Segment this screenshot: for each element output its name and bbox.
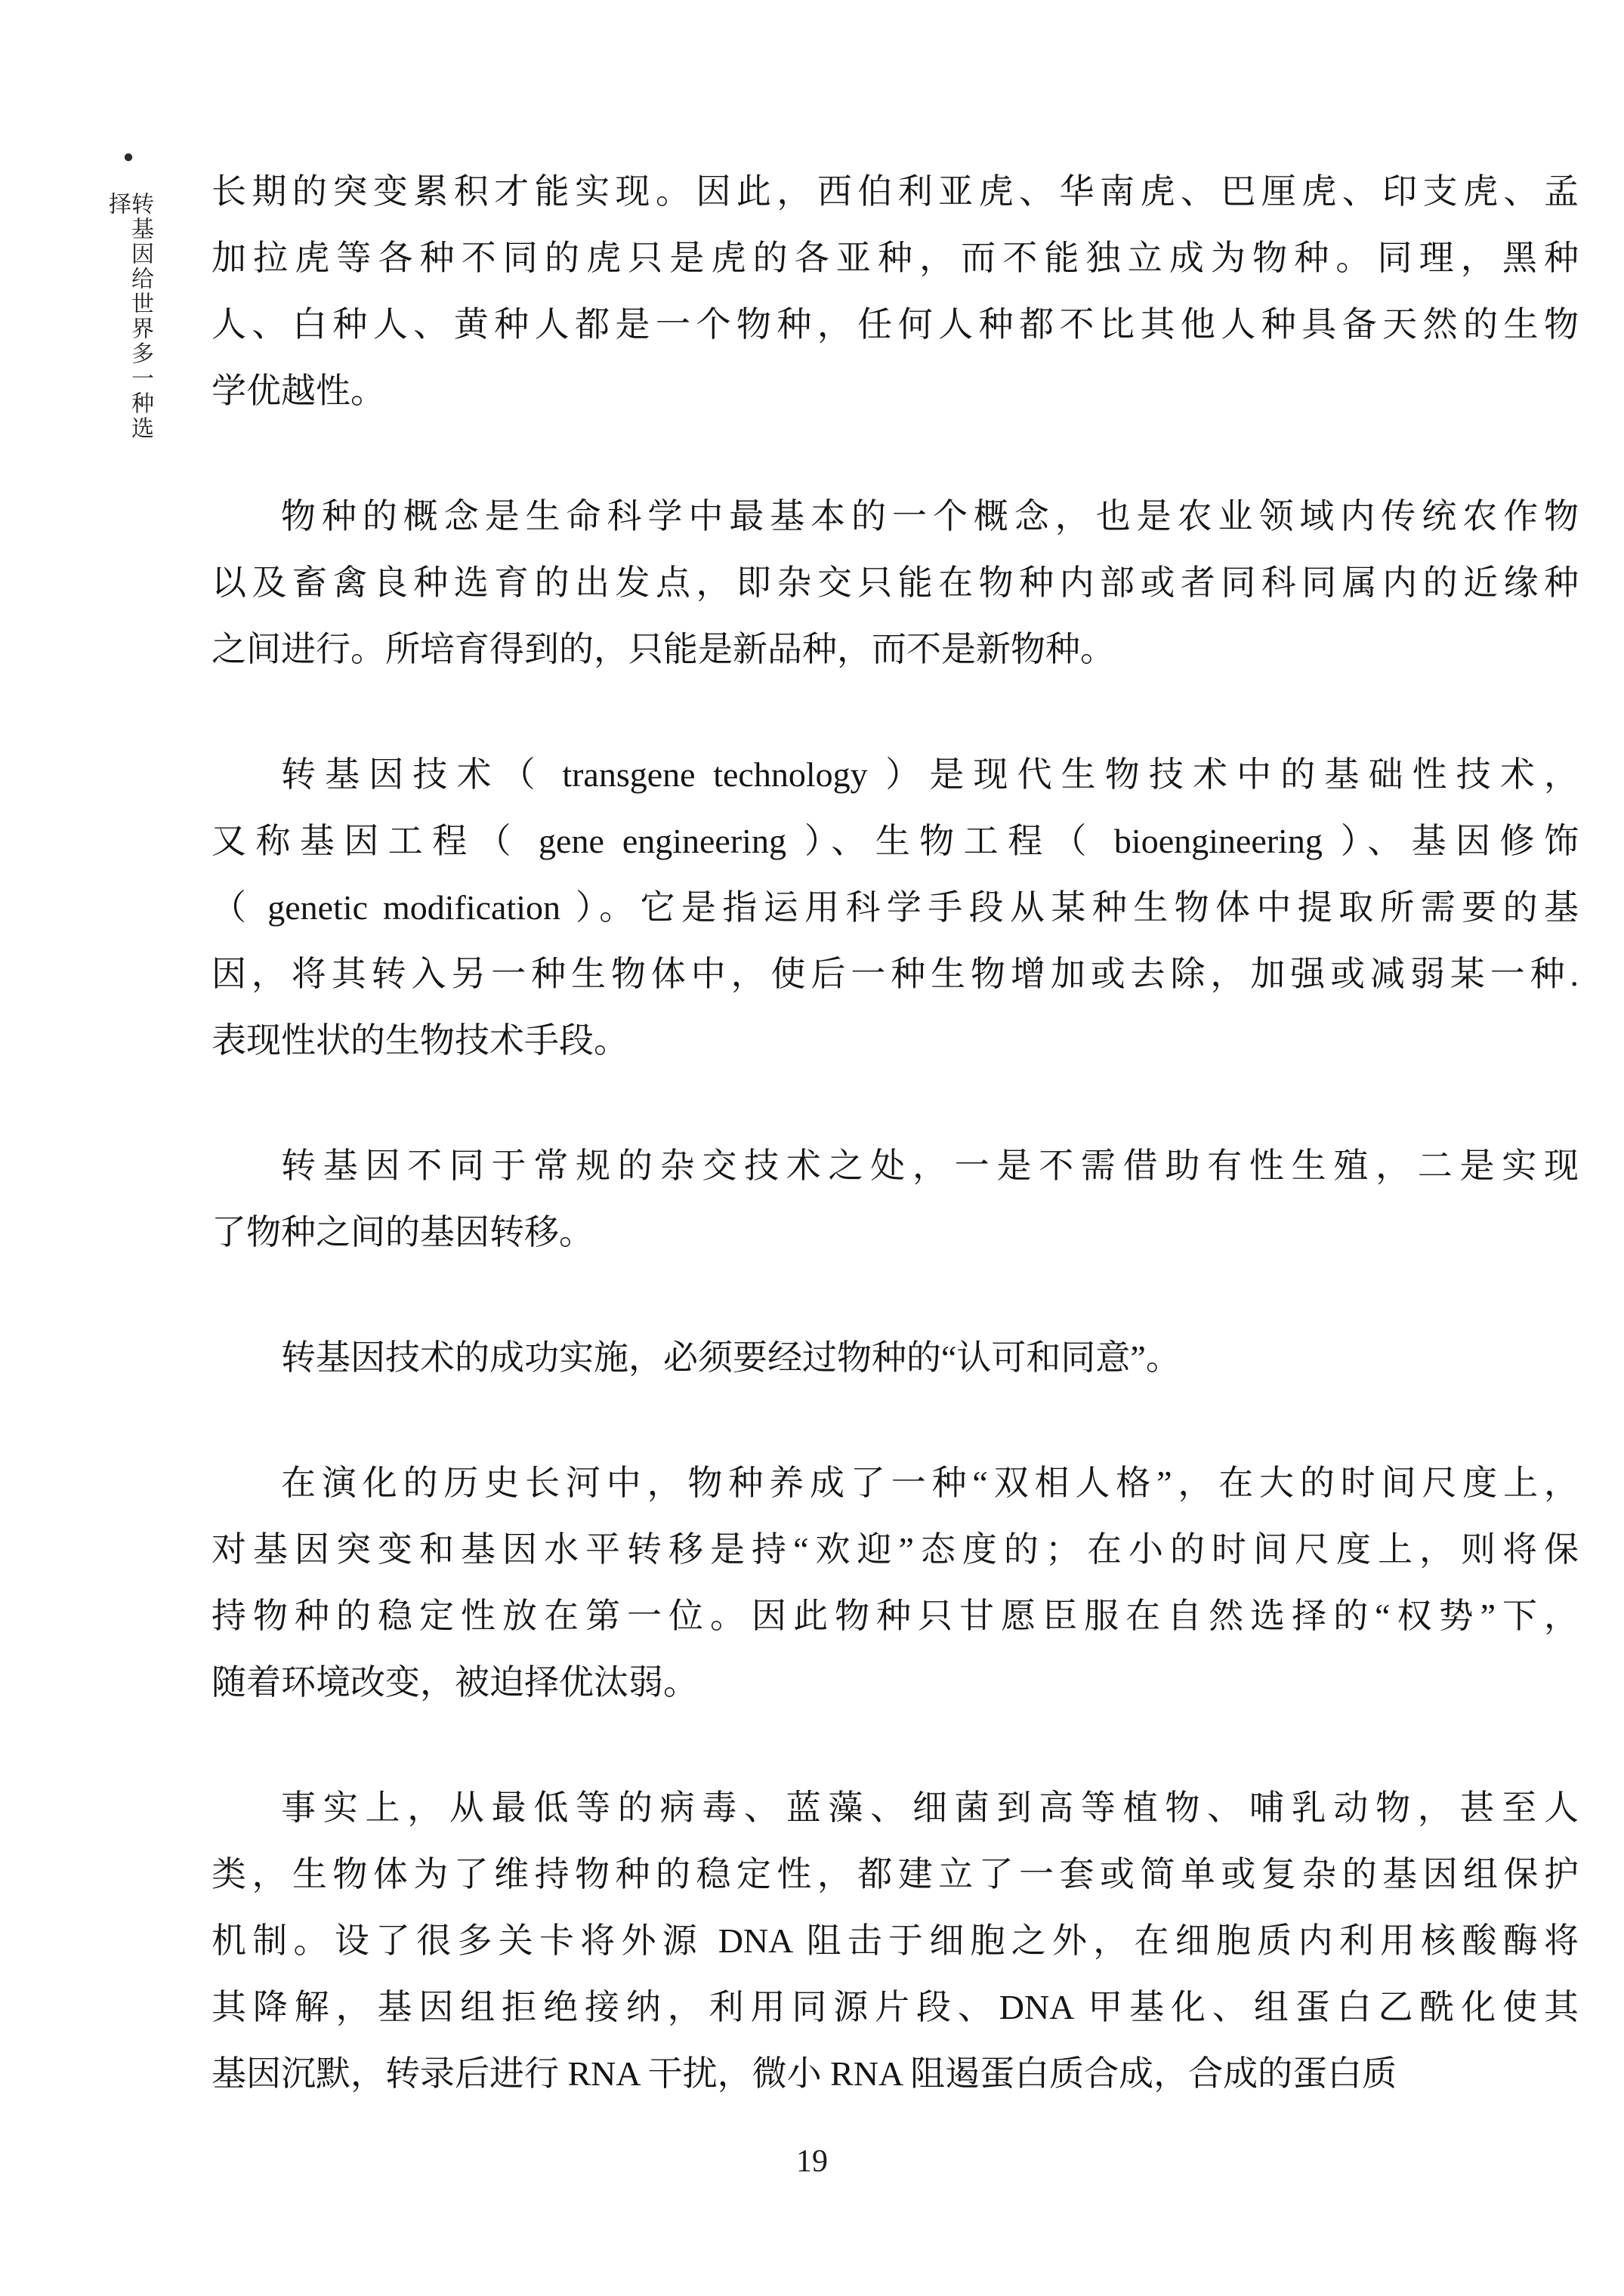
text-line: 其降解，基因组拒绝接纳，利用同源片段、DNA 甲基化、组蛋白乙酰化使其	[211, 1974, 1579, 2041]
text-line: 基因沉默，转录后进行 RNA 干扰，微小 RNA 阻遏蛋白质合成，合成的蛋白质	[211, 2041, 1579, 2107]
text-line: 之间进行。所培育得到的，只能是新品种，而不是新物种。	[211, 616, 1579, 683]
text-line: 持物种的稳定性放在第一位。因此物种只甘愿臣服在自然选择的“权势”下，	[211, 1583, 1579, 1649]
paragraph-7: 事实上，从最低等的病毒、蓝藻、细菌到高等植物、哺乳动物，甚至人 类，生物体为了维…	[211, 1775, 1579, 2107]
text-line: 学优越性。	[211, 358, 1579, 424]
paragraph-2: 物种的概念是生命科学中最基本的一个概念，也是农业领域内传统农作物 以及畜禽良种选…	[211, 483, 1579, 683]
paragraph-6: 在演化的历史长河中，物种养成了一种“双相人格”，在大的时间尺度上， 对基因突变和…	[211, 1450, 1579, 1716]
text-line: 物种的概念是生命科学中最基本的一个概念，也是农业领域内传统农作物	[211, 483, 1579, 550]
paragraph-5: 转基因技术的成功实施，必须要经过物种的“认可和同意”。	[211, 1325, 1579, 1391]
document-body: 长期的突变累积才能实现。因此，西伯利亚虎、华南虎、巴厘虎、印支虎、孟 加拉虎等各…	[211, 159, 1579, 2166]
text-line: 机制。设了很多关卡将外源 DNA 阻击于细胞之外，在细胞质内利用核酸酶将	[211, 1908, 1579, 1974]
text-line: 以及畜禽良种选育的出发点，即杂交只能在物种内部或者同科同属内的近缘种	[211, 550, 1579, 616]
paragraph-1: 长期的突变累积才能实现。因此，西伯利亚虎、华南虎、巴厘虎、印支虎、孟 加拉虎等各…	[211, 159, 1579, 424]
text-line: 转基因不同于常规的杂交技术之处，一是不需借助有性生殖，二是实现	[211, 1133, 1579, 1199]
page-number: 19	[796, 2143, 828, 2180]
text-line: 表现性状的生物技术手段。	[211, 1008, 1579, 1074]
sidebar: ● 转基因给世界多一种选择	[104, 148, 153, 441]
book-title-vertical: 转基因给世界多一种选择	[106, 192, 151, 441]
paragraph-4: 转基因不同于常规的杂交技术之处，一是不需借助有性生殖，二是实现 了物种之间的基因…	[211, 1133, 1579, 1266]
text-line: 类，生物体为了维持物种的稳定性，都建立了一套或简单或复杂的基因组保护	[211, 1841, 1579, 1908]
text-line: 又称基因工程（ gene engineering ）、生物工程（ bioengi…	[211, 808, 1579, 875]
text-line: 在演化的历史长河中，物种养成了一种“双相人格”，在大的时间尺度上，	[211, 1450, 1579, 1517]
scanned-book-page: ● 转基因给世界多一种选择 长期的突变累积才能实现。因此，西伯利亚虎、华南虎、巴…	[0, 0, 1624, 2296]
text-line: 随着环境改变，被迫择优汰弱。	[211, 1649, 1579, 1716]
text-line: 转基因技术（ transgene technology ）是现代生物技术中的基础…	[211, 742, 1579, 808]
text-line: 了物种之间的基因转移。	[211, 1199, 1579, 1266]
paragraph-3: 转基因技术（ transgene technology ）是现代生物技术中的基础…	[211, 742, 1579, 1074]
text-line: 因，将其转入另一种生物体中，使后一种生物增加或去除，加强或减弱某一种.	[211, 941, 1579, 1008]
text-line: 加拉虎等各种不同的虎只是虎的各亚种，而不能独立成为物种。同理，黑种	[211, 225, 1579, 292]
text-line: 对基因突变和基因水平转移是持“欢迎”态度的；在小的时间尺度上，则将保	[211, 1517, 1579, 1583]
text-line: （ genetic modification ）。它是指运用科学手段从某种生物体…	[211, 875, 1579, 941]
text-line: 长期的突变累积才能实现。因此，西伯利亚虎、华南虎、巴厘虎、印支虎、孟	[211, 159, 1579, 225]
bullet-icon: ●	[123, 148, 134, 166]
text-line: 转基因技术的成功实施，必须要经过物种的“认可和同意”。	[211, 1325, 1579, 1391]
text-line: 事实上，从最低等的病毒、蓝藻、细菌到高等植物、哺乳动物，甚至人	[211, 1775, 1579, 1841]
text-line: 人、白种人、黄种人都是一个物种，任何人种都不比其他人种具备天然的生物	[211, 292, 1579, 358]
